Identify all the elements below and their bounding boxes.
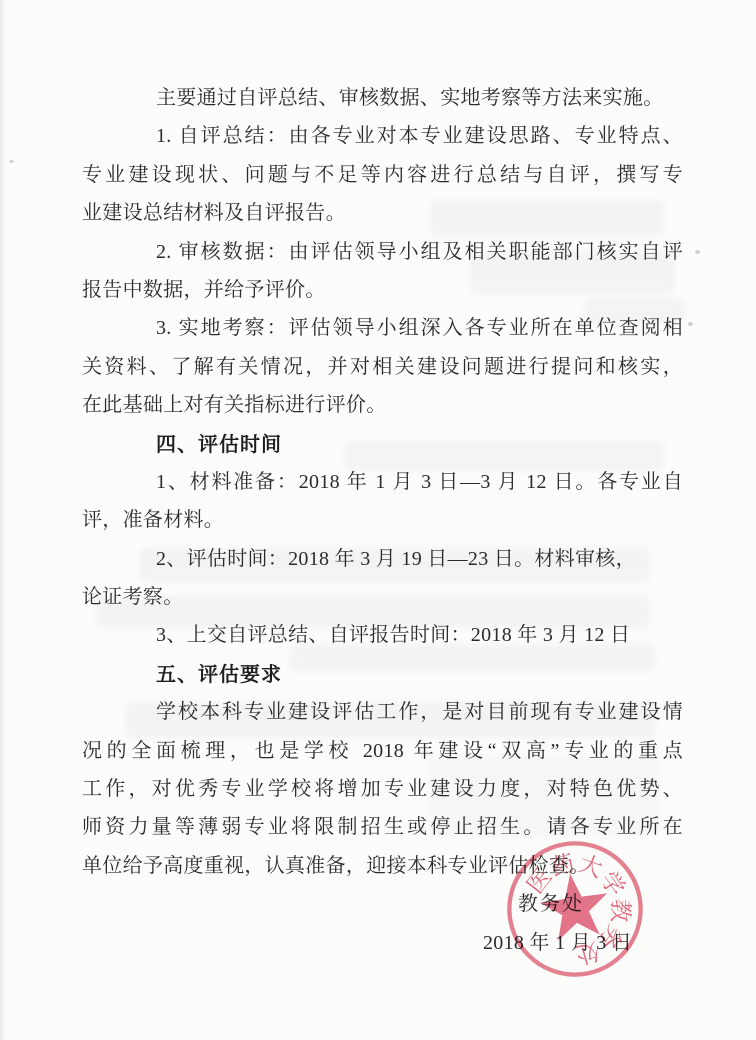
section-heading: 四、评估时间	[82, 425, 683, 463]
document-text: 主要通过自评总结、审核数据、实地考察等方法来实施。1. 自评总结：由各专业对本专…	[82, 79, 683, 962]
text-line: 关资料、了解有关情况，并对相关建设问题进行提问和核实，	[82, 348, 683, 386]
text-line: 况的全面梳理，也是学校 2018 年建设“双高”专业的重点	[82, 732, 683, 770]
text-line: 论证考察。	[82, 578, 683, 616]
paper-speck	[688, 322, 693, 326]
scanned-document-page: 主要通过自评总结、审核数据、实地考察等方法来实施。1. 自评总结：由各专业对本专…	[0, 0, 756, 1040]
text-line: 报告中数据，并给予评价。	[82, 271, 683, 309]
text-line: 评，准备材料。	[82, 501, 683, 539]
official-seal-stamp: 医药大学教务处	[500, 834, 650, 984]
text-line: 2、评估时间：2018 年 3 月 19 日—23 日。材料审核，	[82, 540, 683, 578]
text-line: 1、材料准备：2018 年 1 月 3 日—3 月 12 日。各专业自	[82, 463, 683, 501]
text-line: 主要通过自评总结、审核数据、实地考察等方法来实施。	[82, 79, 683, 117]
text-line: 在此基础上对有关指标进行评价。	[82, 386, 683, 424]
text-line: 工作，对优秀专业学校将增加专业建设力度，对特色优势、	[82, 770, 683, 808]
text-line: 1. 自评总结：由各专业对本专业建设思路、专业特点、	[82, 117, 683, 155]
section-heading: 五、评估要求	[82, 655, 683, 693]
text-line: 业建设总结材料及自评报告。	[82, 194, 683, 232]
text-line: 学校本科专业建设评估工作，是对目前现有专业建设情	[82, 693, 683, 731]
text-line: 2. 审核数据：由评估领导小组及相关职能部门核实自评	[82, 233, 683, 271]
text-line: 3. 实地考察：评估领导小组深入各专业所在单位查阅相	[82, 309, 683, 347]
text-line: 专业建设现状、问题与不足等内容进行总结与自评，撰写专	[82, 156, 683, 194]
seal-character: 教	[606, 898, 634, 922]
text-line: 3、上交自评总结、自评报告时间：2018 年 3 月 12 日	[82, 616, 683, 654]
paper-speck	[695, 250, 700, 254]
paper-speck	[9, 160, 14, 163]
